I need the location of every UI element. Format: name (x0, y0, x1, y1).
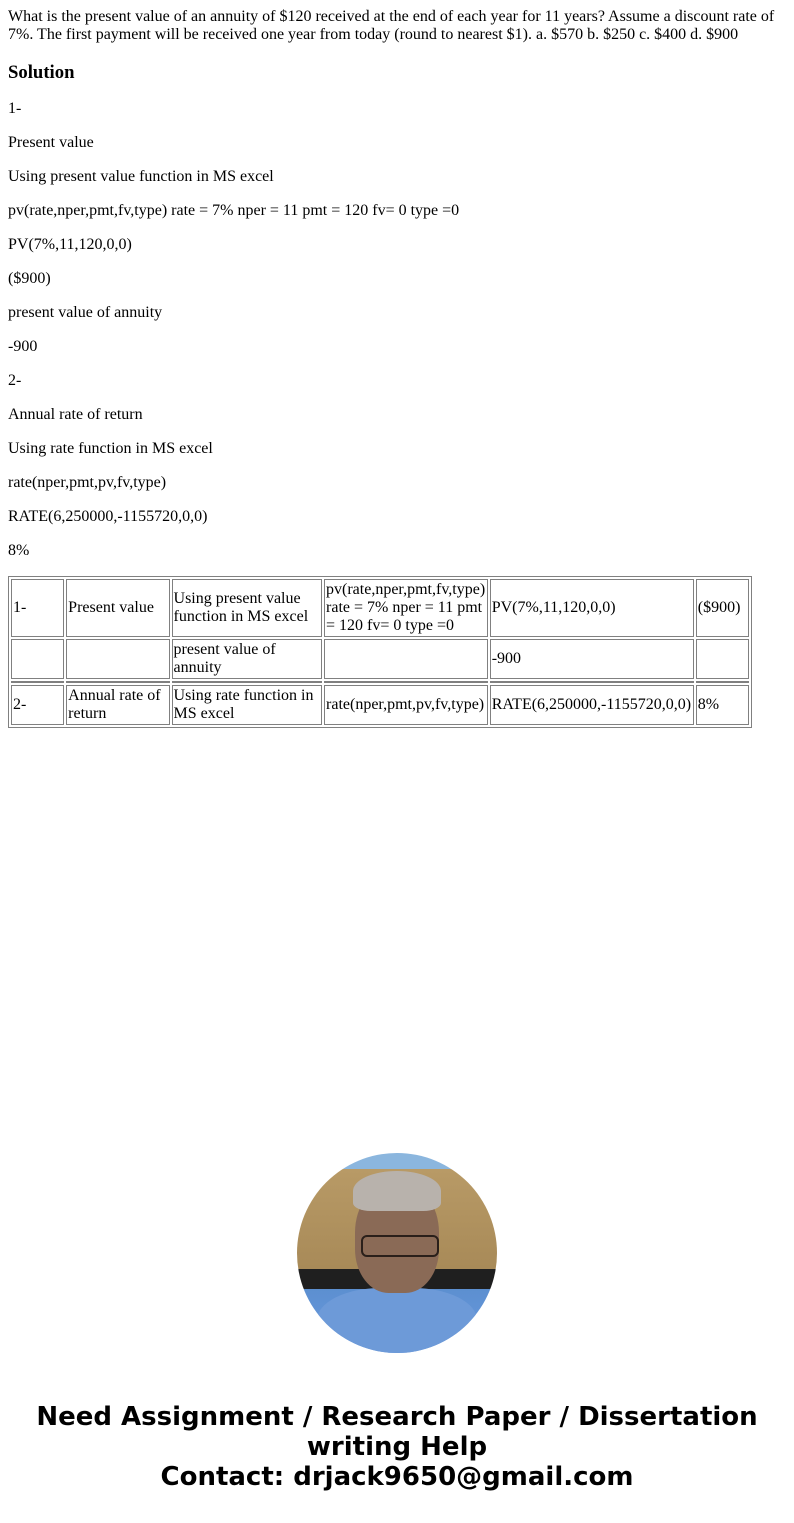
solution-line: ($900) (8, 270, 786, 288)
avatar-glasses (361, 1235, 439, 1257)
table-cell: -900 (490, 639, 694, 679)
table-spacer-row (11, 681, 749, 683)
promo-contact: Contact: drjack9650@gmail.com (0, 1462, 794, 1492)
table-row: 2- Annual rate of return Using rate func… (11, 685, 749, 725)
promo-line: Need Assignment / Research Paper / Disse… (0, 1402, 794, 1462)
solution-line: 2- (8, 372, 786, 390)
table-cell (696, 639, 749, 679)
solution-line: Using present value function in MS excel (8, 168, 786, 186)
solution-line: rate(nper,pmt,pv,fv,type) (8, 474, 786, 492)
table-cell: present value of annuity (172, 639, 323, 679)
avatar-shirt (317, 1288, 477, 1353)
table-cell: pv(rate,nper,pmt,fv,type) rate = 7% nper… (324, 579, 488, 637)
table-row: present value of annuity -900 (11, 639, 749, 679)
solution-line: -900 (8, 338, 786, 356)
table-cell: Using present value function in MS excel (172, 579, 323, 637)
page-content: What is the present value of an annuity … (0, 8, 794, 728)
table-cell (11, 639, 64, 679)
solution-line: 1- (8, 100, 786, 118)
solution-line: pv(rate,nper,pmt,fv,type) rate = 7% nper… (8, 202, 786, 220)
table-cell (66, 639, 169, 679)
solution-table: 1- Present value Using present value fun… (8, 576, 752, 728)
table-cell: Present value (66, 579, 169, 637)
author-avatar (297, 1153, 497, 1353)
question-text: What is the present value of an annuity … (8, 8, 786, 44)
table-cell: ($900) (696, 579, 749, 637)
table-cell: 2- (11, 685, 64, 725)
solution-line: Annual rate of return (8, 406, 786, 424)
promo-banner: Need Assignment / Research Paper / Disse… (0, 1402, 794, 1492)
table-row: 1- Present value Using present value fun… (11, 579, 749, 637)
solution-line: Using rate function in MS excel (8, 440, 786, 458)
table-cell: rate(nper,pmt,pv,fv,type) (324, 685, 488, 725)
avatar-hair (353, 1171, 441, 1211)
table-cell (324, 639, 488, 679)
solution-line: 8% (8, 542, 786, 560)
solution-line: PV(7%,11,120,0,0) (8, 236, 786, 254)
table-cell: Using rate function in MS excel (172, 685, 323, 725)
table-cell: 8% (696, 685, 749, 725)
solution-line: present value of annuity (8, 304, 786, 322)
solution-line: RATE(6,250000,-1155720,0,0) (8, 508, 786, 526)
solution-line: Present value (8, 134, 786, 152)
table-cell: 1- (11, 579, 64, 637)
solution-heading: Solution (8, 62, 786, 84)
table-cell: RATE(6,250000,-1155720,0,0) (490, 685, 694, 725)
table-cell: Annual rate of return (66, 685, 169, 725)
table-cell: PV(7%,11,120,0,0) (490, 579, 694, 637)
